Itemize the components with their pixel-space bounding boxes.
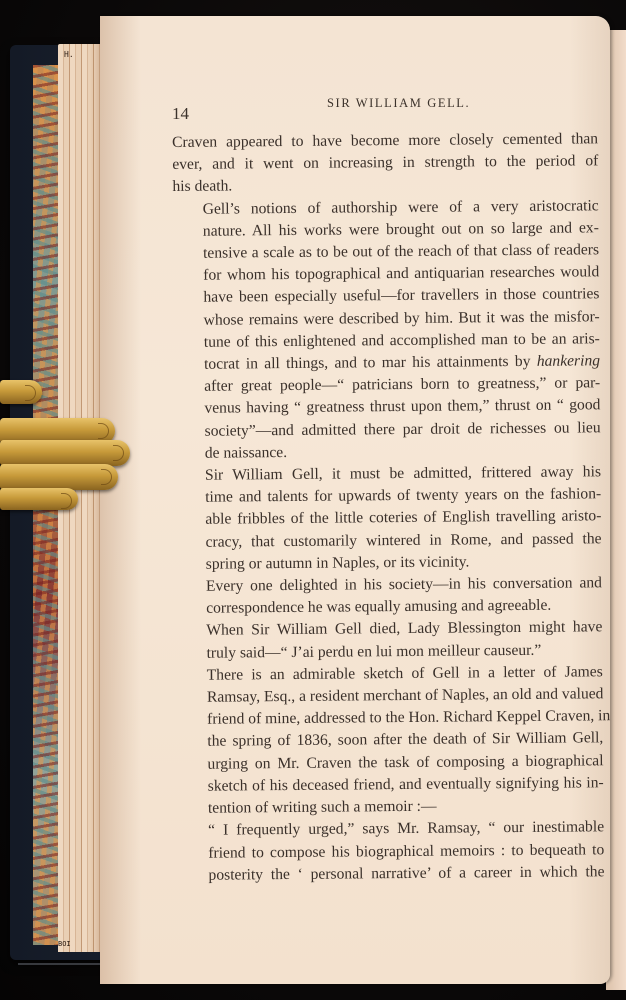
paragraph: Gell’s notions of authorship were of a v… <box>173 195 601 465</box>
text-line: friend to compose his biographical memoi… <box>178 839 604 865</box>
text-line: able fribbles of the little coteries of … <box>175 506 601 532</box>
clamp-finger <box>0 488 78 510</box>
paragraph: There is an admirable sketch of Gell in … <box>177 661 604 820</box>
text-line: When Sir William Gell died, Lady Blessin… <box>176 617 602 643</box>
clamp-finger <box>0 464 118 490</box>
text-line: the spring of 1836, soon after the death… <box>177 728 603 754</box>
edge-mark-bottom: BOI <box>58 940 71 948</box>
text-line: ever, and it went on increasing in stren… <box>172 150 598 176</box>
paragraph: Sir William Gell, it must be admitted, f… <box>175 461 602 576</box>
paragraph: Every one delighted in his society—in hi… <box>176 572 602 620</box>
running-head: 14 SIR WILLIAM GELL. <box>172 84 606 104</box>
text-line: cracy, that customarily wintered in Rome… <box>175 528 601 554</box>
clamp-finger <box>0 440 130 466</box>
text-line: “ I frequently urged,” says Mr. Ramsay, … <box>178 817 604 843</box>
text-line: sketch of his deceased friend, and event… <box>178 772 604 798</box>
running-head-title: SIR WILLIAM GELL. <box>327 96 470 111</box>
brass-hand-clamp <box>0 380 135 520</box>
text-line: society”—and admitted there par droit de… <box>175 417 601 443</box>
edge-mark-top: H. <box>64 50 74 59</box>
paragraph: “ I frequently urged,” says Mr. Ramsay, … <box>178 817 605 887</box>
italic-word: hankering <box>537 352 600 370</box>
paragraph: Craven appeared to have become more clos… <box>172 128 599 198</box>
text-line: posterity the ‘ personal narrative’ of a… <box>178 861 604 887</box>
text-line: venus having “ greatness thrust upon the… <box>174 395 600 421</box>
body-text: Craven appeared to have become more clos… <box>172 128 605 887</box>
paragraph: When Sir William Gell died, Lady Blessin… <box>176 617 602 665</box>
text-line: have been especially useful—for travelle… <box>173 284 599 310</box>
page-number: 14 <box>172 104 189 124</box>
clamp-finger <box>0 380 42 404</box>
